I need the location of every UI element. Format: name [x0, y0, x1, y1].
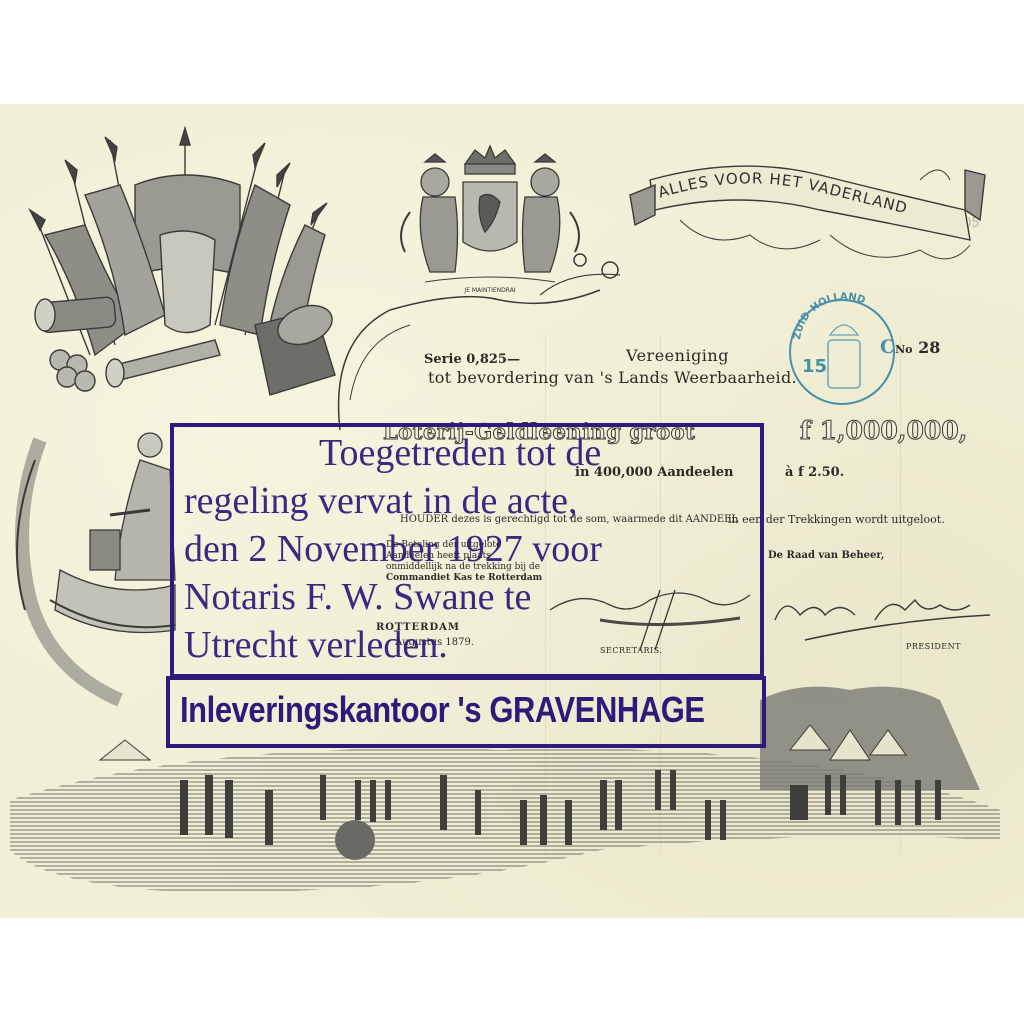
- number-prefix: C: [880, 336, 895, 358]
- number-label: No: [895, 343, 912, 356]
- president-signature: [765, 580, 995, 650]
- svg-text:ZUID-HOLLAND: ZUID-HOLLAND: [792, 291, 867, 340]
- motto-banner: ALLES VOOR HET VADERLAND: [620, 150, 990, 280]
- stamp-province: ZUID-HOLLAND: [792, 291, 867, 340]
- overstamp-line-1: Toegetreden tot de: [319, 431, 601, 475]
- serie-number: Serie 0,825—: [424, 352, 520, 367]
- number-value: 28: [918, 338, 940, 357]
- loan-amount: f 1,000,000,: [800, 416, 967, 445]
- stamp-value: 15: [802, 356, 827, 377]
- overstamp-line-2: regeling vervat in de acte,: [184, 479, 578, 523]
- overstamp-line-3: den 2 November 1927 voor: [184, 527, 602, 571]
- notarial-overstamp: Toegetreden tot de regeling vervat in de…: [170, 423, 764, 678]
- overstamp-line-4: Notaris F. W. Swane te: [184, 575, 531, 619]
- certificate-number: CNo 28: [880, 336, 940, 358]
- seated-maiden-wreath-engraving: [0, 400, 180, 720]
- board-label: De Raad van Beheer,: [768, 550, 884, 561]
- overstamp-line-5: Utrecht verleden.: [184, 623, 448, 667]
- issuer-line-2: tot bevordering van 's Lands Weerbaarhei…: [428, 368, 797, 387]
- issuer-line-1: Vereeniging: [626, 346, 729, 365]
- delivery-office-stamp: Inleveringskantoor 's GRAVENHAGE: [166, 676, 766, 748]
- delivery-office-text: Inleveringskantoor 's GRAVENHAGE: [180, 689, 705, 731]
- share-price: à f 2.50.: [785, 465, 844, 480]
